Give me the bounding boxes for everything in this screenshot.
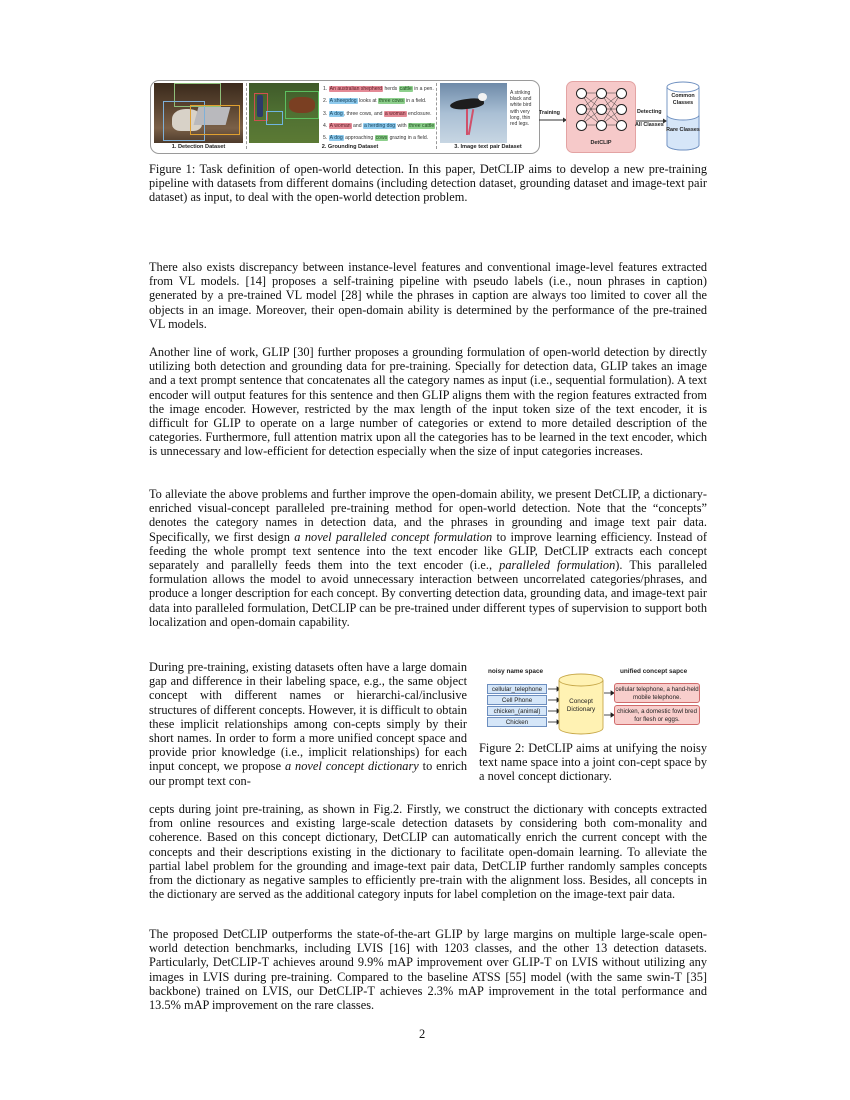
sentence-num: 4. <box>323 123 327 129</box>
paragraph: To alleviate the above problems and furt… <box>149 487 707 629</box>
neuron-node-icon <box>616 104 627 115</box>
neuron-node-icon <box>576 88 587 99</box>
neuron-node-icon <box>596 104 607 115</box>
noisy-name-item: Chicken <box>487 717 547 727</box>
emphasis-text: a novel paralleled concept formulation <box>294 530 492 544</box>
grounding-image <box>249 83 319 143</box>
sentence-text: grazing in a field. <box>388 135 428 141</box>
noisy-space-title: noisy name space <box>488 668 543 675</box>
noisy-name-item: chicken_(animal) <box>487 706 547 716</box>
sentence-text: and <box>352 123 363 129</box>
unified-concept-item: chicken, a domestic fowl bred for flesh … <box>614 705 700 725</box>
training-arrow-icon <box>538 116 568 124</box>
paragraph-text: The proposed DetCLIP outperforms the sta… <box>149 927 707 1012</box>
neuron-node-icon <box>616 120 627 131</box>
sentence-num: 3. <box>323 111 327 117</box>
grounding-sentence: 1. An australian shepherd herds cattle i… <box>323 84 435 96</box>
sentence-text: in a pen. <box>413 86 434 92</box>
bird-head-shape <box>478 93 487 101</box>
neuron-node-icon <box>576 104 587 115</box>
paragraph: Another line of work, GLIP [30] further … <box>149 345 707 459</box>
paragraph-text: cepts during joint pre-training, as show… <box>149 802 707 901</box>
phrase-highlight: An australian shepherd <box>329 86 383 92</box>
bird-leg-shape <box>468 109 474 135</box>
all-classes-label: All Classes <box>635 122 664 128</box>
sentence-text: , three cows, and <box>344 111 384 117</box>
unified-space-title: unified concept sapce <box>620 668 687 675</box>
bird-image <box>440 83 507 143</box>
grounding-sentence: 3. A dog, three cows, and a woman enclos… <box>323 109 435 121</box>
computer-bbox <box>190 105 240 135</box>
sentence-text: in a field. <box>405 98 427 104</box>
grounding-sentence: 4. A woman and a herding dog with three … <box>323 121 435 133</box>
sentence-num: 2. <box>323 98 327 104</box>
sentence-text: looks at <box>358 98 378 104</box>
phrase-highlight: three cattle <box>408 123 435 129</box>
paragraph-text: To alleviate the above problems and furt… <box>149 487 707 629</box>
paragraph-continued: cepts during joint pre-training, as show… <box>149 802 707 901</box>
concept-dictionary-label: Concept Dictionary <box>560 698 602 714</box>
text-run: During pre-training, existing datasets o… <box>149 660 467 773</box>
phrase-highlight: three cows <box>378 98 405 104</box>
classes-database-icon <box>666 81 700 151</box>
paragraph-wrapped: During pre-training, existing datasets o… <box>149 660 467 788</box>
neuron-node-icon <box>596 120 607 131</box>
sentence-text: with <box>396 123 408 129</box>
figure-1-caption: Figure 1: Task definition of open-world … <box>149 162 707 205</box>
sentence-text: herds <box>383 86 399 92</box>
unified-concept-item: cellular telephone, a hand-held mobile t… <box>614 683 700 703</box>
dog-bbox <box>266 111 283 125</box>
phrase-highlight: cows <box>375 135 389 141</box>
neuron-node-icon <box>596 88 607 99</box>
neuron-node-icon <box>616 88 627 99</box>
noisy-name-item: Cell Phone <box>487 695 547 705</box>
paragraph-text: During pre-training, existing datasets o… <box>149 660 467 788</box>
phrase-highlight: a herding dog <box>363 123 396 129</box>
panel-divider <box>436 83 437 149</box>
emphasis-text: paralleled formulation <box>499 558 615 572</box>
figure-2-caption: Figure 2: DetCLIP aims at unifying the n… <box>479 741 707 784</box>
panel-label-detection: 1. Detection Dataset <box>154 144 243 150</box>
panel-divider <box>246 83 247 149</box>
common-classes-label: Common Classes <box>666 93 700 106</box>
detection-image <box>154 83 243 143</box>
grounding-sentences: 1. An australian shepherd herds cattle i… <box>323 84 435 145</box>
rare-classes-label: Rare Classes <box>666 127 700 134</box>
sentence-num: 5. <box>323 135 327 141</box>
phrase-highlight: A woman <box>329 123 352 129</box>
noisy-name-item: cellular_telephone <box>487 684 547 694</box>
phrase-highlight: a woman <box>384 111 407 117</box>
image-caption-text: A striking black and white bird with ver… <box>510 90 538 127</box>
sentence-text: enclosure. <box>407 111 432 117</box>
paragraph: The proposed DetCLIP outperforms the sta… <box>149 927 707 1012</box>
sentence-text: approaching <box>344 135 375 141</box>
phrase-highlight: A dog <box>329 111 344 117</box>
emphasis-text: a novel concept dictionary <box>285 759 419 773</box>
phrase-highlight: A sheepdog <box>329 98 358 104</box>
neuron-node-icon <box>576 120 587 131</box>
paragraph: There also exists discrepancy between in… <box>149 260 707 331</box>
cows-bbox <box>285 91 319 119</box>
detclip-label: DetCLIP <box>567 140 635 146</box>
phrase-highlight: A dog <box>329 135 344 141</box>
paragraph-text: There also exists discrepancy between in… <box>149 260 707 331</box>
panel-label-image-text: 3. Image text pair Dataset <box>440 144 536 150</box>
detecting-label: Detecting <box>637 109 662 115</box>
phrase-highlight: cattle <box>399 86 413 92</box>
panel-label-grounding: 2. Grounding Dataset <box>300 144 400 150</box>
sentence-num: 1. <box>323 86 327 92</box>
page-number: 2 <box>419 1027 425 1042</box>
grounding-sentence: 2. A sheepdog looks at three cows in a f… <box>323 96 435 108</box>
paragraph-text: Another line of work, GLIP [30] further … <box>149 345 707 459</box>
detclip-model-box: DetCLIP <box>566 81 636 153</box>
